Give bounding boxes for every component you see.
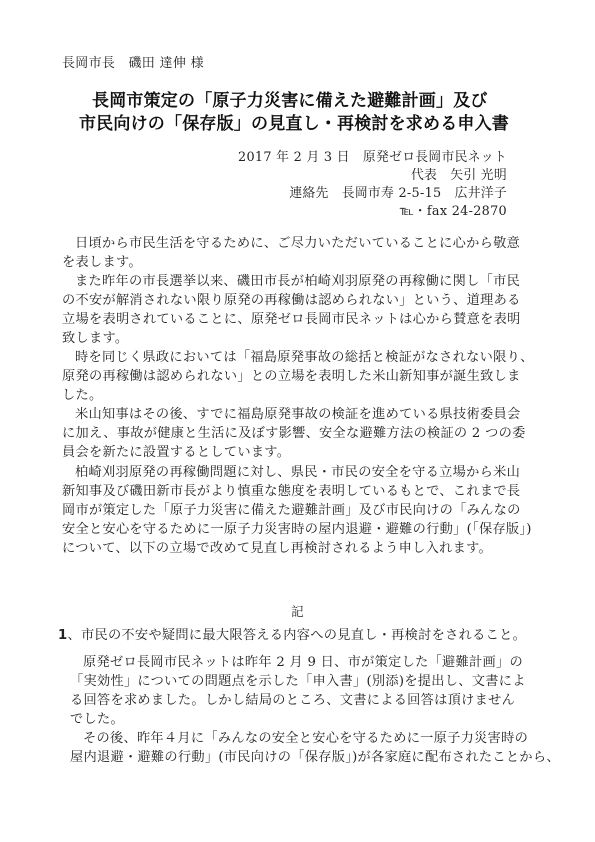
body-line: の不安が解消されない限り原発の再稼働は認められない」という、道理ある <box>62 293 521 309</box>
document-page: 長岡市長 磯田 達伸 様 長岡市策定の「原子力災害に備えた避難計画」及び 市民向… <box>0 0 595 842</box>
title-line-1: 長岡市策定の「原子力災害に備えた避難計画」及び <box>92 90 488 112</box>
body-line: を表します。 <box>62 255 142 271</box>
item-1-line: る回答を求めました。しかし結局のところ、文書による回答は頂けません <box>70 693 515 709</box>
title-line-2: 市民向けの「保存版」の見直し・再検討を求める申入書 <box>79 113 509 135</box>
item-1-line: 原発ゼロ長岡市民ネットは昨年 2 月 9 日、市が策定した「避難計画」の <box>70 655 523 671</box>
sender-contact: 連絡先 長岡市寿 2-5-15 広井洋子 <box>289 186 507 202</box>
body-line: 岡市が策定した「原子力災害に備えた避難計画」及び市民向けの「みんなの <box>62 503 521 519</box>
body-line: また昨年の市長選挙以来、磯田市長が柏崎刈羽原発の再稼働に関し「市民 <box>62 274 520 290</box>
body-line: 米山知事はその後、すでに福島原発事故の検証を進めている県技術委員会 <box>62 407 520 423</box>
item-1-line: 屋内退避・避難の行動」(市民向けの「保存版」)が各家庭に配布されたことから、 <box>70 750 560 766</box>
body-line: 安全と安心を守るために一原子力災害時の屋内退避・避難の行動」(「保存版」) <box>62 522 532 538</box>
sender-tel-fax: ℡・fax 24-2870 <box>400 204 507 220</box>
body-line: 柏崎刈羽原発の再稼働問題に対し、県民・市民の安全を守る立場から米山 <box>62 465 520 481</box>
body-line: 新知事及び磯田新市長がより慎重な態度を表明しているもとで、これまで長 <box>62 484 520 500</box>
body-line: 時を同じく県政においては「福島原発事故の総括と検証がなされない限り、 <box>62 350 534 366</box>
body-line: 員会を新たに設置するとしています。 <box>62 445 290 461</box>
body-line: 原発の再稼働は認められない」との立場を表明した米山新知事が誕生致しま <box>62 369 521 385</box>
ki-heading: 記 <box>0 604 595 620</box>
item-1-line: その後、昨年４月に「みんなの安全と安心を守るために一原子力災害時の <box>70 731 528 747</box>
item-1-line: でした。 <box>70 712 124 728</box>
addressee: 長岡市長 磯田 達伸 様 <box>62 56 204 72</box>
body-line: 致します。 <box>62 331 128 347</box>
item-heading-text: 、市民の不安や疑問に最大限答える内容への見直し・再検討をされること。 <box>67 628 526 643</box>
item-1-line: 「実効性」についての問題点を示した「申入書」(別添)を提出し、文書によ <box>70 674 526 690</box>
body-line: した。 <box>62 388 102 404</box>
sender-representative: 代表 矢引 光明 <box>411 168 507 184</box>
body-line: 立場を表明されていることに、原発ゼロ長岡市民ネットは心から賛意を表明 <box>62 312 521 328</box>
body-line: 日頃から市民生活を守るために、ご尽力いただいていることに心から敬意 <box>62 236 520 252</box>
item-1-heading: 1、市民の不安や疑問に最大限答える内容への見直し・再検討をされること。 <box>58 628 526 644</box>
body-line: について、以下の立場で改めて見直し再検討されるよう申し入れます。 <box>62 541 492 557</box>
body-line: に加え、事故が健康と生活に及ぼす影響、安全な避難方法の検証の 2 つの委 <box>62 426 526 442</box>
sender-date-org: 2017 年 2 月 3 日 原発ゼロ長岡市民ネット <box>238 150 507 166</box>
